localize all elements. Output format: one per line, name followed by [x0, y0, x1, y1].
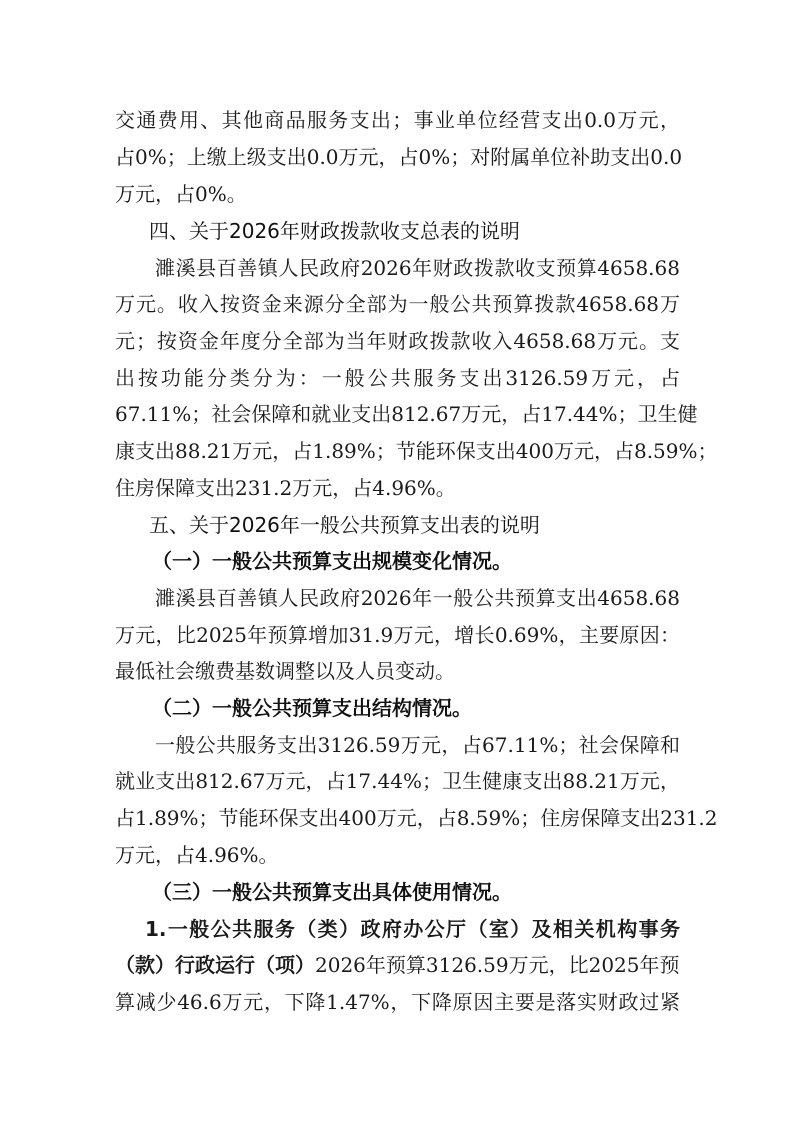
subsection-heading-3: （三）一般公共预算支出具体使用情况。: [152, 879, 717, 905]
paragraph-line: 住房保障支出231.2万元，占4.96%。: [115, 475, 680, 501]
paragraph-line: 康支出88.21万元，占1.89%；节能环保支出400万元，占8.59%；: [115, 438, 680, 464]
paragraph-line: 就业支出812.67万元，占17.44%；卫生健康支出88.21万元，: [115, 768, 680, 794]
paragraph-line: 最低社会缴费基数调整以及人员变动。: [115, 658, 680, 684]
section-heading-4: 四、关于2026年财政拨款收支总表的说明: [149, 218, 714, 244]
document-page: 交通费用、其他商品服务支出；事业单位经营支出0.0万元， 占0%；上缴上级支出0…: [0, 0, 794, 1122]
section-heading-5: 五、关于2026年一般公共预算支出表的说明: [149, 512, 714, 538]
paragraph-line: 占0%；上缴上级支出0.0万元，占0%；对附属单位补助支出0.0: [115, 144, 680, 170]
paragraph-line: 万元，占0%。: [115, 181, 680, 207]
paragraph-line: 濉溪县百善镇人民政府2026年一般公共预算支出4658.68: [155, 585, 680, 611]
paragraph-line: 万元，占4.96%。: [115, 842, 680, 868]
paragraph-line: 交通费用、其他商品服务支出；事业单位经营支出0.0万元，: [115, 107, 680, 133]
subsection-heading-2: （二）一般公共预算支出结构情况。: [152, 695, 717, 721]
item-heading-1: 1.一般公共服务（类）政府办公厅（室）及相关机构事务: [145, 916, 680, 942]
item-heading-1-cont: （款）行政运行（项）: [115, 953, 315, 977]
paragraph-line: 一般公共服务支出3126.59万元，占67.11%；社会保障和: [155, 732, 680, 758]
paragraph-line: 67.11%；社会保障和就业支出812.67万元，占17.44%；卫生健: [115, 401, 680, 427]
paragraph-line: 万元。收入按资金来源分全部为一般公共预算拨款4658.68万: [115, 291, 680, 317]
paragraph-line: （款）行政运行（项）2026年预算3126.59万元，比2025年预: [115, 952, 680, 978]
paragraph-line: 万元，比2025年预算增加31.9万元，增长0.69%，主要原因：: [115, 622, 680, 648]
paragraph-line: 濉溪县百善镇人民政府2026年财政拨款收支预算4658.68: [155, 255, 680, 281]
paragraph-line: 元；按资金年度分全部为当年财政拨款收入4658.68万元。支: [115, 328, 680, 354]
paragraph-line: 出按功能分类分为：一般公共服务支出3126.59万元，占: [115, 365, 680, 391]
paragraph-line: 占1.89%；节能环保支出400万元，占8.59%；住房保障支出231.2: [115, 805, 680, 831]
subsection-heading-1: （一）一般公共预算支出规模变化情况。: [152, 548, 717, 574]
paragraph-line: 算减少46.6万元，下降1.47%，下降原因主要是落实财政过紧: [115, 989, 680, 1015]
item-text: 2026年预算3126.59万元，比2025年预: [315, 953, 680, 977]
